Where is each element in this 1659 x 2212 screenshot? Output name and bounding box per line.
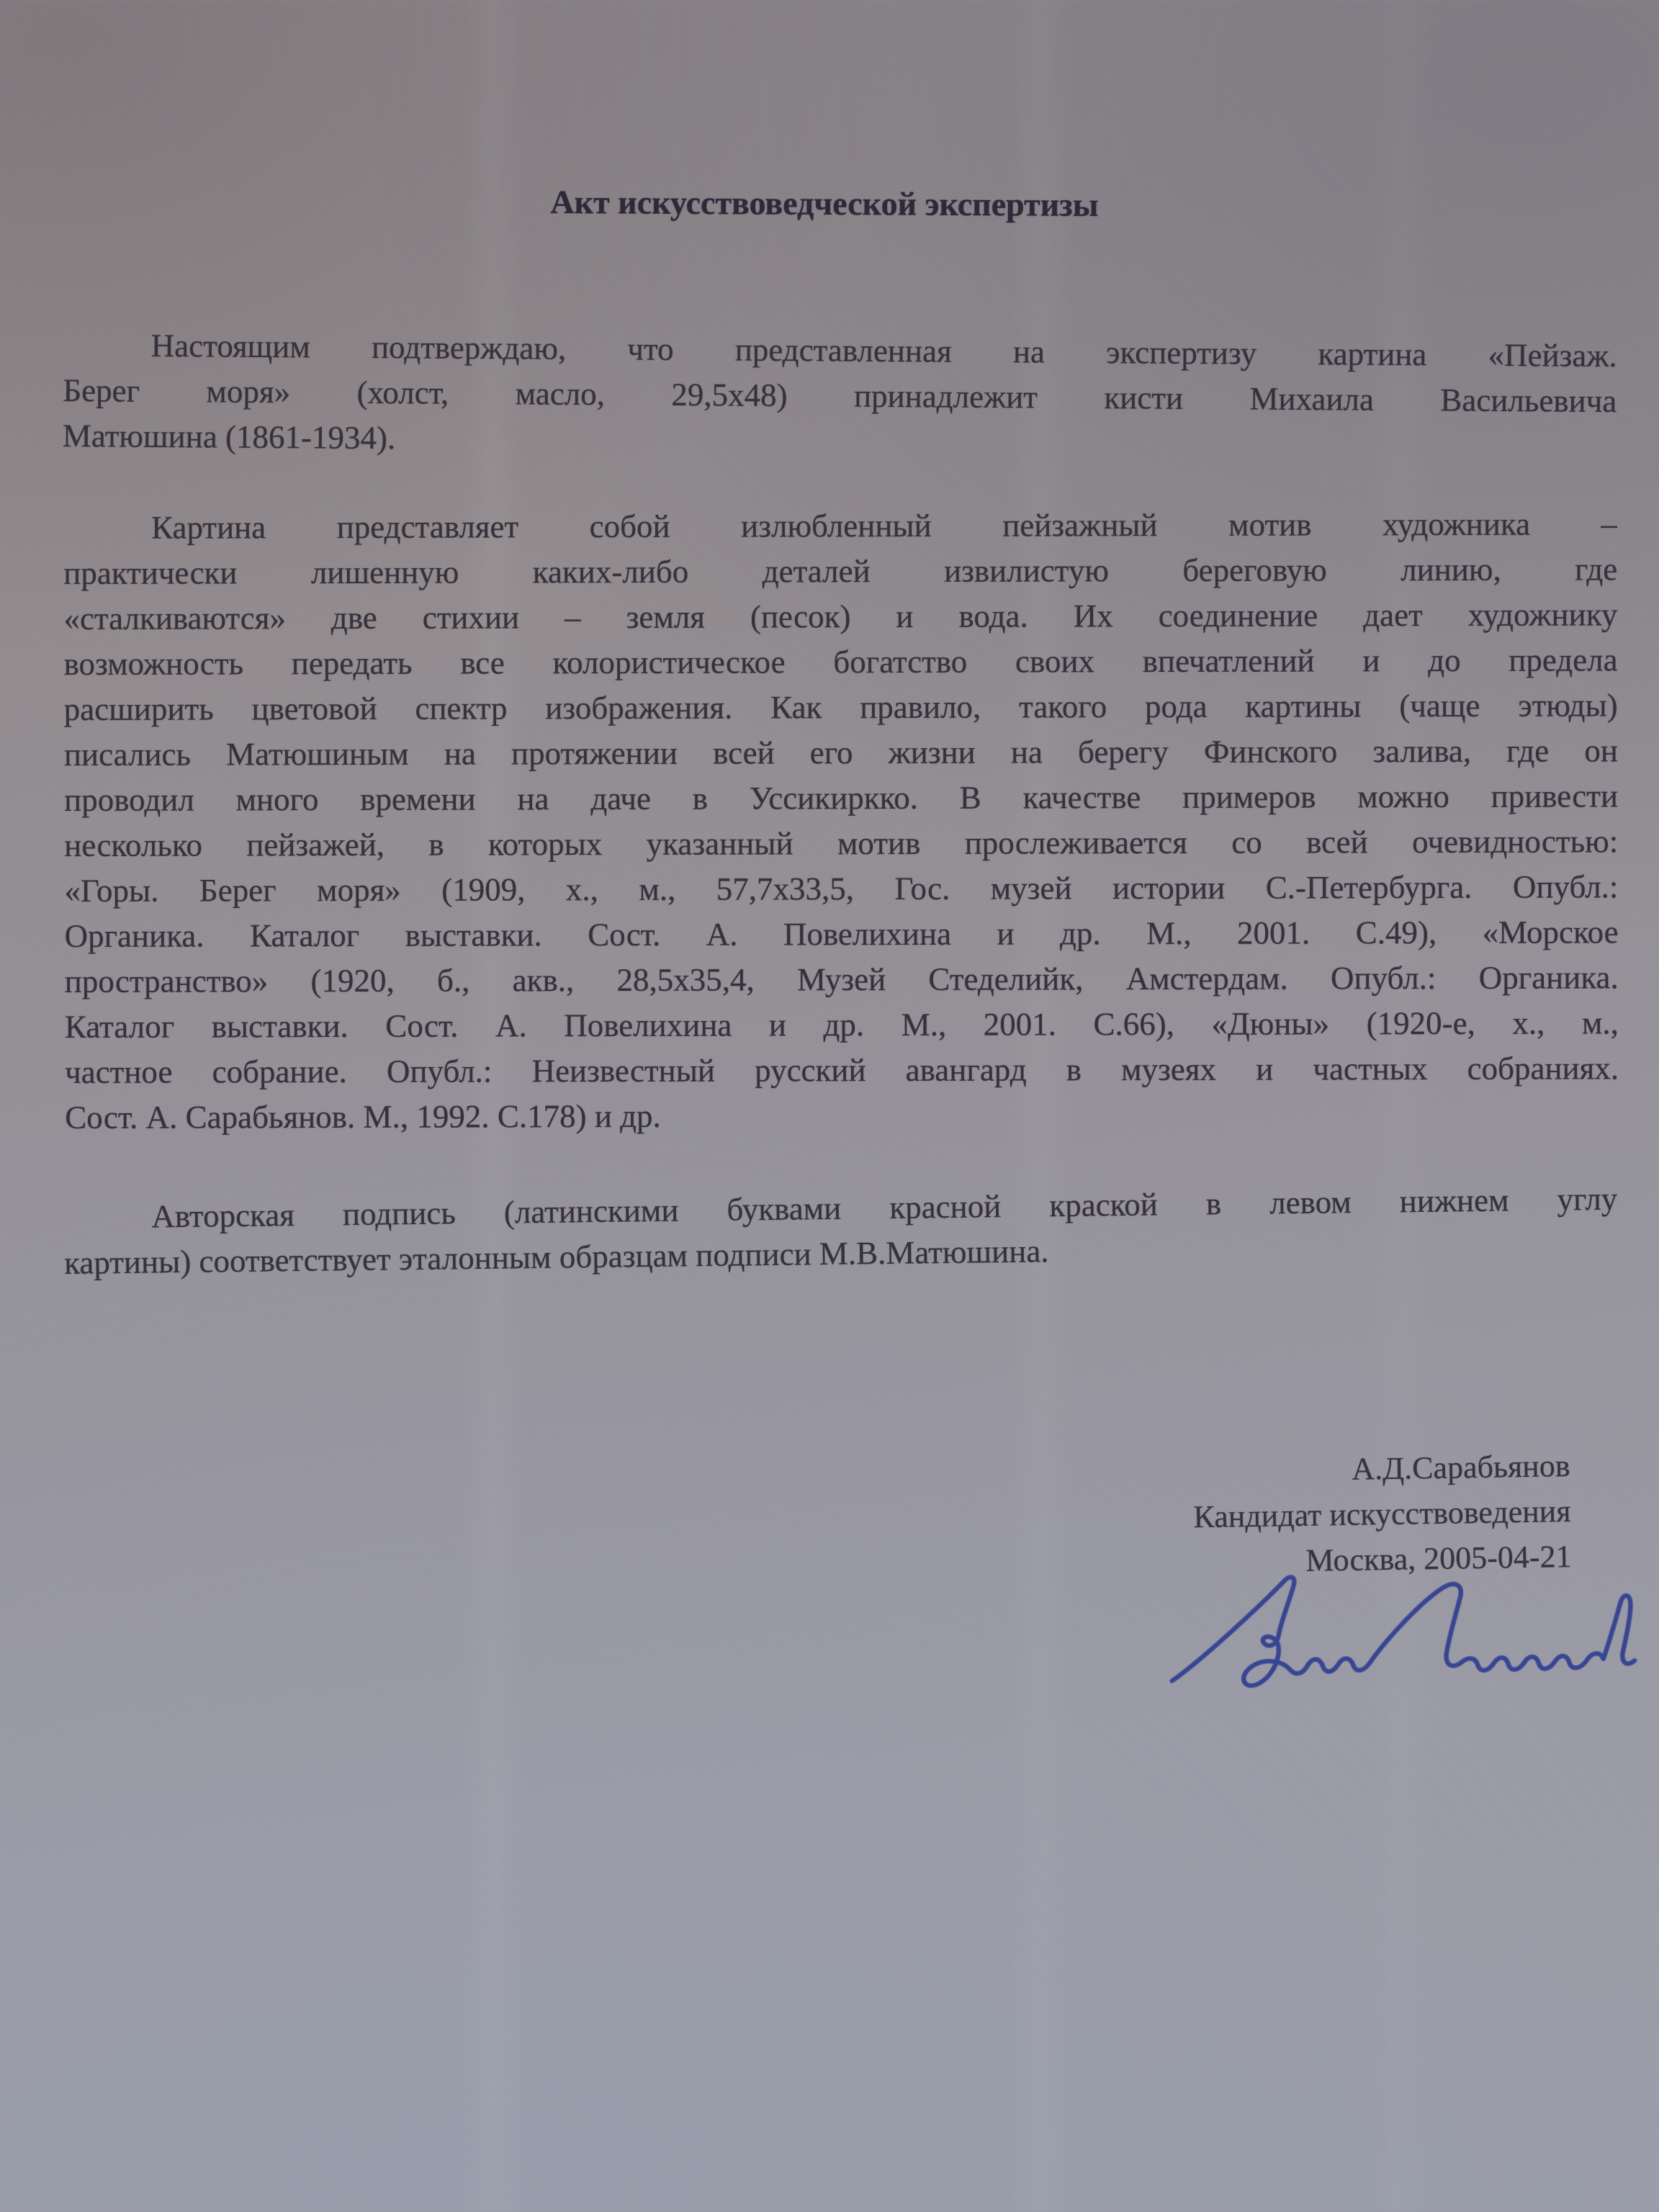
document-title: Акт искусствоведческой экспертизы [48,180,1601,226]
text-line: проводил много времени на даче в Уссикир… [64,773,1618,823]
text-line: Картина представляет собой излюбленный п… [63,501,1617,551]
handwritten-signature-ink [1169,1568,1659,1691]
text-line: «сталкиваются» две стихии – земля (песок… [63,592,1617,642]
text-line: «Горы. Берег моря» (1909, х., м., 57,7х3… [64,864,1618,914]
paragraph-signature-note: Авторская подпись (латинскими буквами кр… [63,1177,1618,1286]
photographed-document-sheet: Акт искусствоведческой экспертизы Настоя… [0,0,1659,2212]
text-line: Каталог выставки. Сост. А. Повелихина и … [65,1000,1619,1050]
text-line: Сост. А. Сарабьянов. М., 1992. С.178) и … [65,1091,1619,1141]
text-line: частное собрание. Опубл.: Неизвестный ру… [65,1046,1619,1095]
text-line: возможность передать все колористическое… [63,637,1617,687]
text-line: практически лишенную каких-либо деталей … [63,547,1617,596]
text-line: писались Матюшиным на протяжении всей ег… [64,728,1618,778]
text-line: несколько пейзажей, в которых указанный … [64,819,1618,868]
text-line: расширить цветовой спектр изображения. К… [64,683,1618,732]
paragraph-description: Картина представляет собой излюбленный п… [63,501,1619,1141]
text-line: пространство» (1920, б., акв., 28,5х35,4… [65,955,1619,1004]
paragraph-attribution: Настоящим подтверждаю, что представленна… [63,323,1617,469]
text-line: Органика. Каталог выставки. Сост. А. Пов… [64,909,1618,959]
